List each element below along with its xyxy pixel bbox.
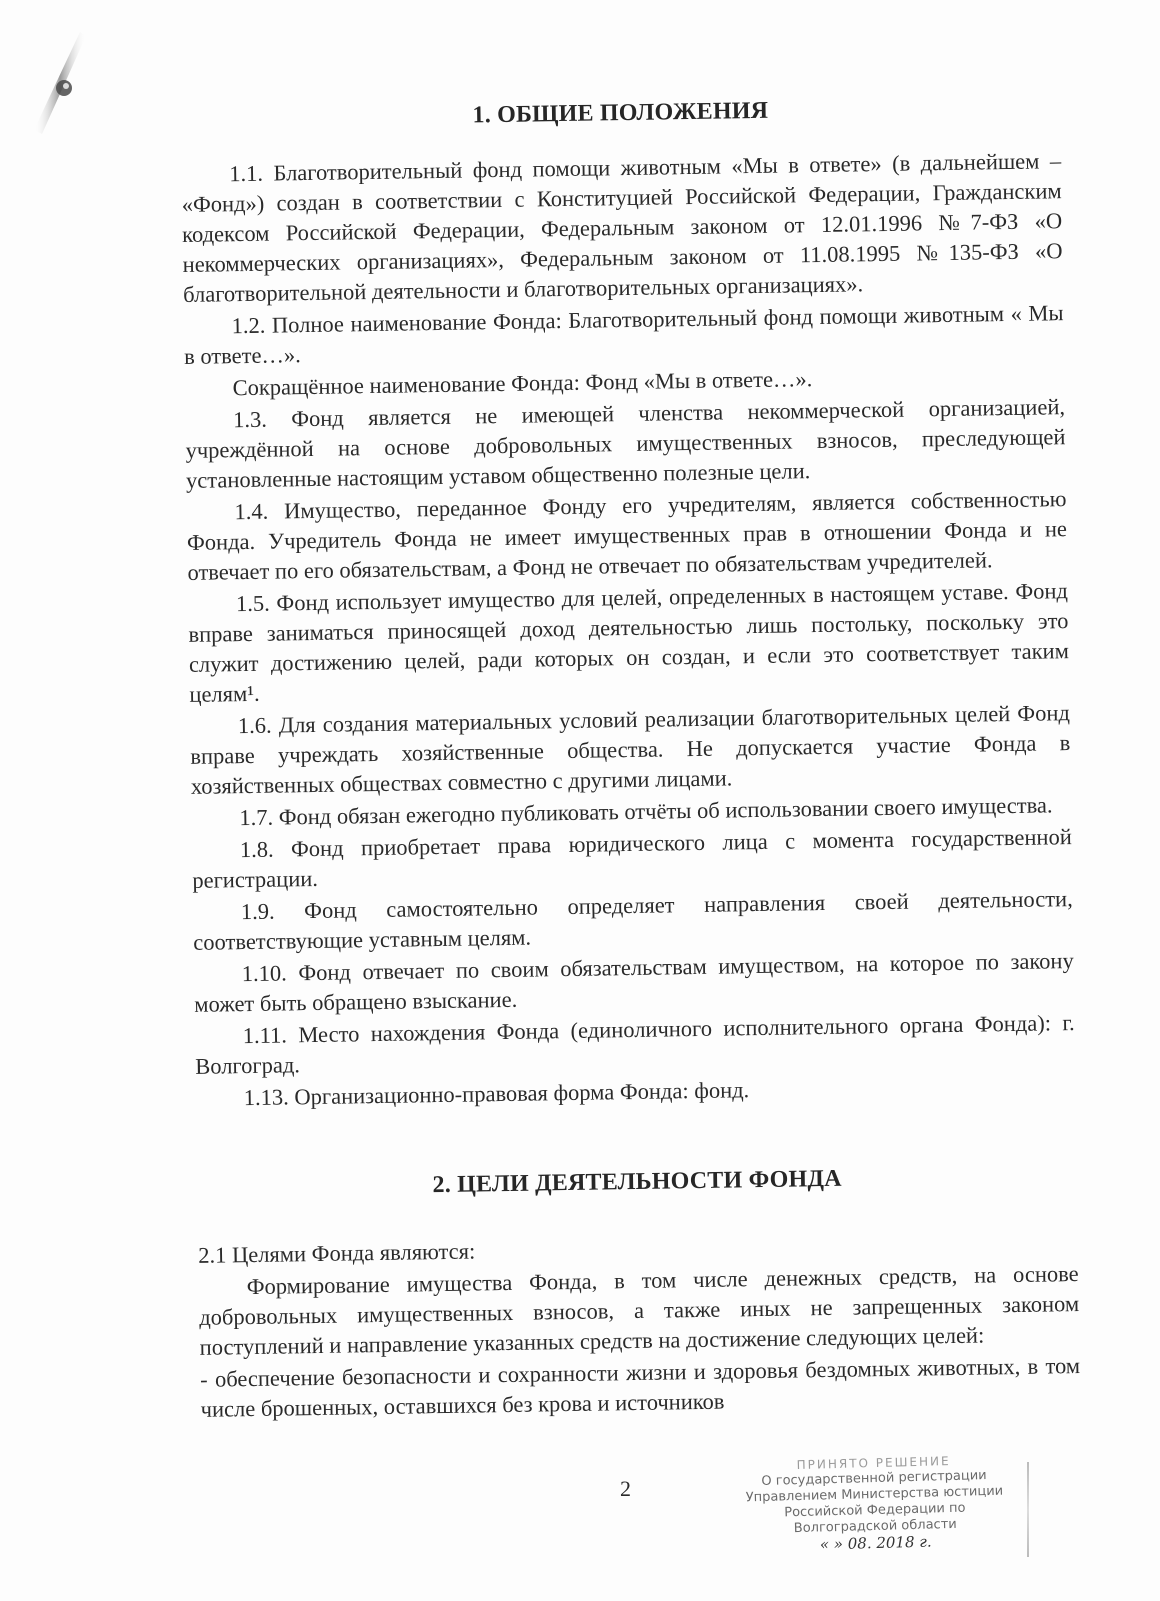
registration-stamp: ПРИНЯТО РЕШЕНИЕ О государственной регист… xyxy=(713,1451,1036,1579)
paragraph-1-11: 1.11. Место нахождения Фонда (единолично… xyxy=(195,1008,1076,1082)
paragraph-1-8: 1.8. Фонд приобретает права юридического… xyxy=(192,822,1073,896)
page-number: 2 xyxy=(620,1476,631,1502)
paragraph-1-3: 1.3. Фонд является не имеющей членства н… xyxy=(185,392,1066,496)
paragraph-1-5: 1.5. Фонд использует имущество для целей… xyxy=(188,576,1070,710)
paragraph-1-4: 1.4. Имущество, переданное Фонду его учр… xyxy=(186,484,1067,588)
section-title-general: 1. ОБЩИЕ ПОЛОЖЕНИЯ xyxy=(180,93,1060,134)
section-title-goals: 2. ЦЕЛИ ДЕЯТЕЛЬНОСТИ ФОНДА xyxy=(197,1162,1077,1203)
paragraph-1-6: 1.6. Для создания материальных условий р… xyxy=(190,698,1071,802)
paragraph-1-10: 1.10. Фонд отвечает по своим обязательст… xyxy=(194,946,1075,1020)
paragraph-1-2: 1.2. Полное наименование Фонда: Благотво… xyxy=(183,298,1064,372)
scanned-page: 1. ОБЩИЕ ПОЛОЖЕНИЯ 1.1. Благотворительны… xyxy=(0,0,1160,1601)
list-item-goal: - обеспечение безопасности и сохранности… xyxy=(200,1351,1081,1425)
paragraph-goals-intro: Формирование имущества Фонда, в том числ… xyxy=(199,1259,1080,1363)
paragraph-1-1: 1.1. Благотворительный фонд помощи живот… xyxy=(181,146,1063,310)
staple-mark-icon xyxy=(22,30,92,140)
document-body: 1. ОБЩИЕ ПОЛОЖЕНИЯ 1.1. Благотворительны… xyxy=(180,81,1081,1427)
paragraph-1-9: 1.9. Фонд самостоятельно определяет напр… xyxy=(193,884,1074,958)
stamp-border xyxy=(1027,1462,1029,1557)
